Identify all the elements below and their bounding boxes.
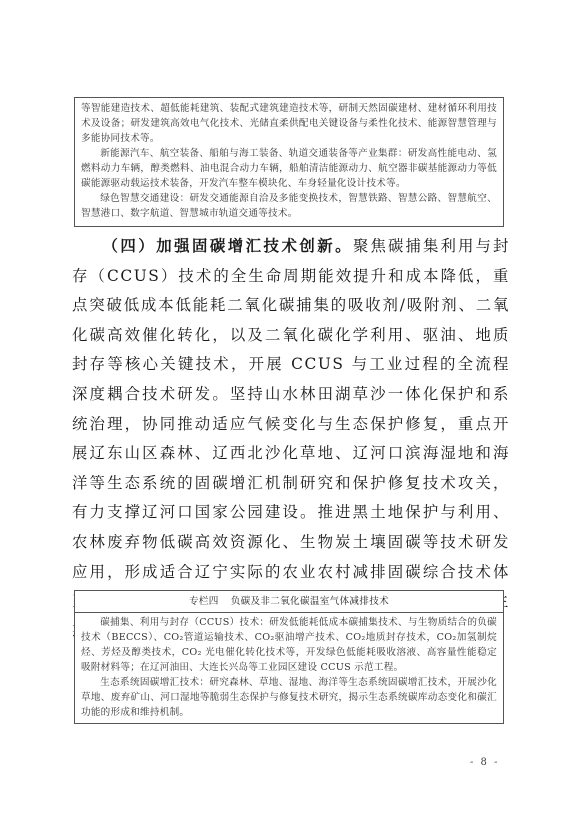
section-body: 聚焦碳捕集利用与封存（CCUS）技术的全生命周期能效提升和成本降低，重点突破低成… [72,237,510,640]
column-box-header: 专栏四负碳及非二氧化碳温室气体减排技术 [75,591,503,613]
box-paragraph-transport-equipment: 新能源汽车、航空装备、船舶与海工装备、轨道交通装备等产业集群：研发高性能电动、氢… [81,146,497,191]
column-box-body: 碳捕集、利用与封存（CCUS）技术：研发低能耗低成本碳捕集技术、与生物质结合的负… [75,613,503,720]
column-box-label: 专栏四 [189,596,219,607]
box-paragraph-ccus: 碳捕集、利用与封存（CCUS）技术：研发低能耗低成本碳捕集技术、与生物质结合的负… [81,615,497,675]
section-paragraph: （四）加强固碳增汇技术创新。聚焦碳捕集利用与封存（CCUS）技术的全生命周期能效… [72,232,510,646]
section-carbon-sink: （四）加强固碳增汇技术创新。聚焦碳捕集利用与封存（CCUS）技术的全生命周期能效… [72,232,510,646]
page-number: - 8 - [470,757,499,768]
box-paragraph-smart-transport: 绿色智慧交通建设：研发交通能源自洽及多能变换技术，智慧铁路、智慧公路、智慧航空、… [81,191,497,221]
column-box-title: 负碳及非二氧化碳温室气体减排技术 [231,596,389,607]
box-paragraph-ecosystem: 生态系统固碳增汇技术：研究森林、草地、湿地、海洋等生态系统固碳增汇技术，开展沙化… [81,675,497,720]
tech-box-continued: 等智能建造技术、超低能耗建筑、装配式建筑建造技术等，研制天然固碳建材、建材循环利… [74,97,504,227]
column-box-four: 专栏四负碳及非二氧化碳温室气体减排技术 碳捕集、利用与封存（CCUS）技术：研发… [74,590,504,724]
box-paragraph-building: 等智能建造技术、超低能耗建筑、装配式建筑建造技术等，研制天然固碳建材、建材循环利… [81,101,497,146]
section-heading: （四）加强固碳增汇技术创新。 [102,237,353,255]
